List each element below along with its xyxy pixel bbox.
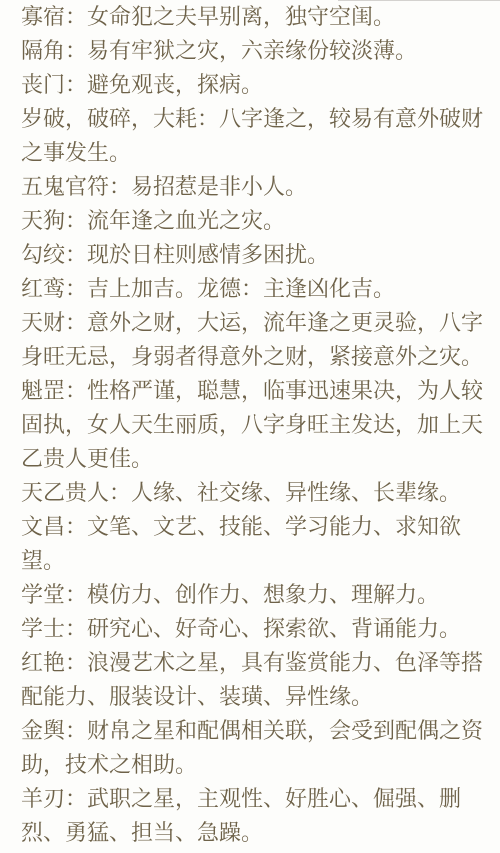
document-page: 寡宿：女命犯之夫早别离，独守空闺。隔角：易有牢狱之灾，六亲缘份较淡薄。丧门：避免… [0,0,500,853]
document-body: 寡宿：女命犯之夫早别离，独守空闺。隔角：易有牢狱之灾，六亲缘份较淡薄。丧门：避免… [0,0,500,850]
entry-paragraph: 羊刃：武职之星，主观性、好胜心、倔强、删烈、勇猛、担当、急躁。 [21,782,490,850]
entry-paragraph: 文昌：文笔、文艺、技能、学习能力、求知欲望。 [21,510,490,578]
entry-paragraph: 红艳：浪漫艺术之星，具有鉴赏能力、色泽等搭配能力、服装设计、装璜、异性缘。 [21,646,490,714]
entry-paragraph: 红鸾：吉上加吉。龙德：主逢凶化吉。 [21,272,490,306]
entry-paragraph: 丧门：避免观丧，探病。 [21,68,490,102]
entry-paragraph: 岁破，破碎，大耗：八字逢之，较易有意外破财之事发生。 [21,102,490,170]
entry-paragraph: 隔角：易有牢狱之灾，六亲缘份较淡薄。 [21,34,490,68]
entry-paragraph: 学堂：模仿力、创作力、想象力、理解力。 [21,578,490,612]
entry-paragraph: 寡宿：女命犯之夫早别离，独守空闺。 [21,0,490,34]
entry-paragraph: 天乙贵人：人缘、社交缘、异性缘、长辈缘。 [21,476,490,510]
entry-paragraph: 魁罡：性格严谨，聪慧，临事迅速果决，为人较固执，女人天生丽质，八字身旺主发达，加… [21,374,490,476]
divider-line-remnant [338,0,500,1]
entry-paragraph: 学士：研究心、好奇心、探索欲、背诵能力。 [21,612,490,646]
entry-paragraph: 勾绞：现於日柱则感情多困扰。 [21,238,490,272]
entry-paragraph: 天狗：流年逢之血光之灾。 [21,204,490,238]
entry-paragraph: 金舆：财帛之星和配偶相关联，会受到配偶之资助，技术之相助。 [21,714,490,782]
entry-paragraph: 五鬼官符：易招惹是非小人。 [21,170,490,204]
entry-paragraph: 天财：意外之财，大运，流年逢之更灵验，八字身旺无忌，身弱者得意外之财，紧接意外之… [21,306,490,374]
